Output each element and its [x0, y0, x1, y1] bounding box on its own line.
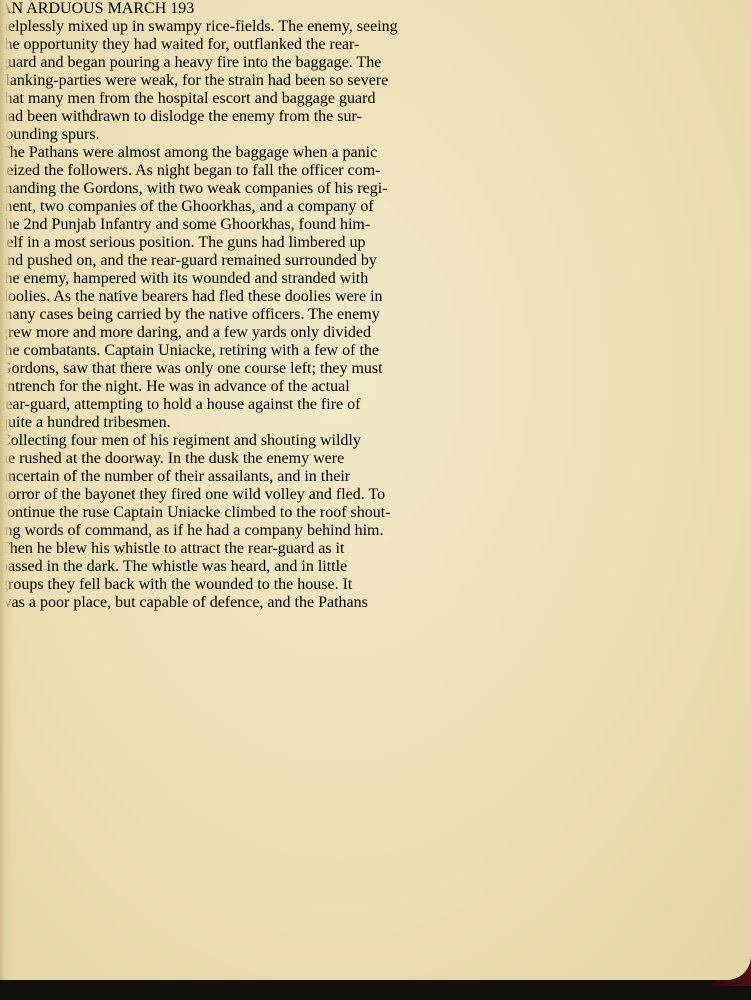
text-line: rounding spurs. [0, 126, 751, 144]
text-line: that many men from the hospital escort a… [0, 90, 751, 108]
text-line: quite a hundred tribesmen. [0, 414, 751, 432]
text-line: self in a most serious position. The gun… [0, 234, 751, 252]
text-line: guard and began pouring a heavy fire int… [0, 54, 751, 72]
text-line: and pushed on, and the rear-guard remain… [0, 252, 751, 270]
text-line: entrench for the night. He was in advanc… [0, 378, 751, 396]
text-line: continue the ruse Captain Uniacke climbe… [0, 504, 751, 522]
text-line: horror of the bayonet they fired one wil… [0, 486, 751, 504]
text-line: Collecting four men of his regiment and … [0, 432, 751, 450]
text-line: seized the followers. As night began to … [0, 162, 751, 180]
text-line: was a poor place, but capable of defence… [0, 594, 751, 612]
text-line: the combatants. Captain Uniacke, retirin… [0, 342, 751, 360]
paragraph: helplessly mixed up in swampy rice-field… [0, 18, 751, 144]
text-line: groups they fell back with the wounded t… [0, 576, 751, 594]
page-left-edge-shading [0, 0, 14, 980]
page-number: 193 [170, 0, 194, 17]
text-line: rear-guard, attempting to hold a house a… [0, 396, 751, 414]
text-line: the 2nd Punjab Infantry and some Ghoorkh… [0, 216, 751, 234]
text-line: the enemy, hampered with its wounded and… [0, 270, 751, 288]
text-line: The Pathans were almost among the baggag… [0, 144, 751, 162]
text-line: manding the Gordons, with two weak compa… [0, 180, 751, 198]
text-line: had been withdrawn to dislodge the enemy… [0, 108, 751, 126]
text-line: the opportunity they had waited for, out… [0, 36, 751, 54]
book-scan: AN ARDUOUS MARCH 193 helplessly mixed up… [0, 0, 751, 1000]
running-title: AN ARDUOUS MARCH [0, 0, 166, 17]
text-line: he rushed at the doorway. In the dusk th… [0, 450, 751, 468]
text-line: doolies. As the native bearers had fled … [0, 288, 751, 306]
text-line: Gordons, saw that there was only one cou… [0, 360, 751, 378]
paragraph: The Pathans were almost among the baggag… [0, 144, 751, 432]
page-text-block: helplessly mixed up in swampy rice-field… [0, 18, 751, 612]
paragraph: Collecting four men of his regiment and … [0, 432, 751, 612]
text-line: grew more and more daring, and a few yar… [0, 324, 751, 342]
text-line: flanking-parties were weak, for the stra… [0, 72, 751, 90]
running-head: AN ARDUOUS MARCH 193 [0, 0, 751, 18]
text-line: uncertain of the number of their assaila… [0, 468, 751, 486]
text-line: passed in the dark. The whistle was hear… [0, 558, 751, 576]
fore-edge-page-stack [714, 0, 751, 980]
book-page: AN ARDUOUS MARCH 193 helplessly mixed up… [0, 0, 751, 980]
text-line: Then he blew his whistle to attract the … [0, 540, 751, 558]
text-line: helplessly mixed up in swampy rice-field… [0, 18, 751, 36]
text-line: ment, two companies of the Ghoorkhas, an… [0, 198, 751, 216]
text-line: many cases being carried by the native o… [0, 306, 751, 324]
text-line: ing words of command, as if he had a com… [0, 522, 751, 540]
